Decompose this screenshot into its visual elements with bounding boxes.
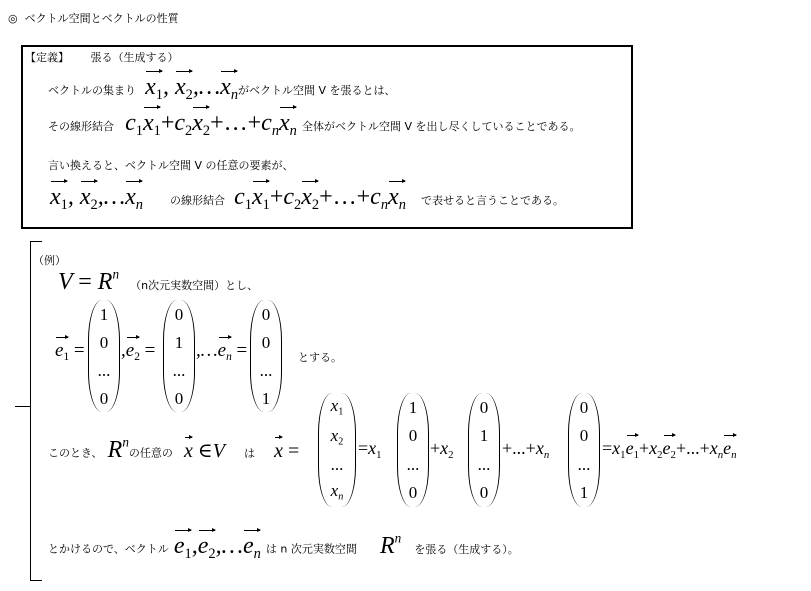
x-matrix: x1x2...xn: [318, 393, 356, 507]
section-title: ベクトル空間とベクトルの性質: [25, 12, 179, 25]
example-line-3: このとき、 Rnの任意の x ∈V は x =: [48, 434, 299, 464]
e2-label: ,e2 =: [121, 340, 155, 363]
e1-label: e1 =: [55, 340, 85, 363]
e1-matrix-2: 10...0: [397, 393, 429, 507]
vector-set: x1, x2,…xn: [50, 184, 143, 210]
example-line-4: とかけるので、ベクトル e1,e2,…en は n 次元実数空間 Rn を張る（…: [48, 530, 519, 563]
basis-expansion: =x1e1+x2e2+...+xnen: [602, 438, 737, 461]
example-line-1: V = Rn （n次元実数空間）とし、: [58, 266, 258, 296]
definition-header: 【定義】 張る（生成する）: [25, 49, 179, 65]
definition-line-4: x1, x2,…xn の線形結合 c1x1+c2x2+…+cnxn で表せると言…: [50, 184, 564, 214]
definition-tag: 【定義】: [25, 51, 69, 64]
example-line-2-text: とする。: [298, 349, 342, 365]
section-heading: ◎ ベクトル空間とベクトルの性質: [8, 10, 179, 26]
e2-matrix: 01...0: [163, 300, 195, 412]
bullet-icon: ◎: [8, 12, 18, 25]
e2-matrix-2: 01...0: [468, 393, 500, 507]
e1-matrix: 10...0: [88, 300, 120, 412]
en-matrix: 00...1: [250, 300, 282, 412]
en-matrix-2: 00...1: [568, 393, 600, 507]
definition-title: 張る（生成する）: [91, 51, 179, 64]
definition-line-3: 言い換えると、ベクトル空間 V の任意の要素が、: [48, 157, 294, 173]
definition-line-1: ベクトルの集まり x1, x2,…xnがベクトル空間 V を張るとは、: [48, 74, 396, 104]
vector-set: x1, x2,…xn: [145, 74, 238, 100]
v-equals-rn: V = Rn: [58, 269, 119, 295]
definition-line-2: その線形結合 c1x1+c2x2+…+cnxn 全体がベクトル空間 V を出し尽…: [48, 110, 581, 140]
linear-combination: c1x1+c2x2+…+cnxn: [234, 184, 406, 210]
left-brace: [30, 241, 43, 581]
linear-combination: c1x1+c2x2+…+cnxn: [125, 110, 297, 136]
en-label: ,…en =: [196, 340, 247, 363]
